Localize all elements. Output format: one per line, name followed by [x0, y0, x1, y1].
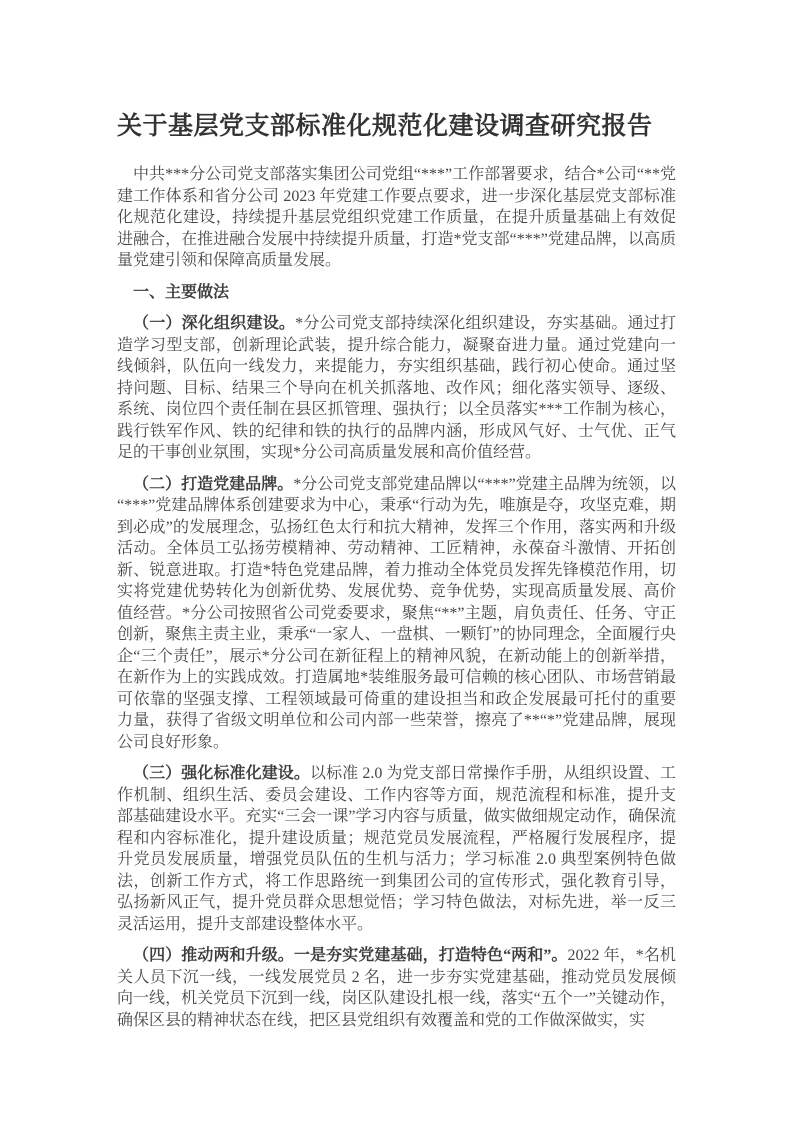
paragraph-item-1: （一）深化组织建设。*分公司党支部持续深化组织建设，夯实基础。通过打造学习型支部…: [117, 313, 676, 464]
paragraph-item-2-lead: （二）打造党建品牌。: [133, 476, 293, 493]
paragraph-item-3-body: 以标准 2.0 为党支部日常操作手册，从组织设置、工作机制、组织生活、委员会建设…: [117, 765, 676, 933]
paragraph-item-4-lead: （四）推动两和升级。一是夯实党建基础，打造特色“两和”。: [133, 947, 568, 964]
paragraph-item-1-body: *分公司党支部持续深化组织建设，夯实基础。通过打造学习型支部，创新理论武装，提升…: [117, 315, 676, 461]
document-page: 关于基层党支部标准化规范化建设调查研究报告 中共***分公司党支部落实集团公司党…: [0, 0, 793, 1122]
section-heading-main-practices: 一、主要做法: [117, 282, 676, 304]
paragraph-item-3-lead: （三）强化标准化建设。: [133, 765, 310, 782]
intro-paragraph: 中共***分公司党支部落实集团公司党组“***”工作部署要求，结合*公司“**党…: [117, 164, 676, 272]
paragraph-item-2-body: *分公司党支部党建品牌以“***”党建主品牌为统领，以“***”党建品牌体系创建…: [117, 476, 676, 751]
paragraph-item-4: （四）推动两和升级。一是夯实党建基础，打造特色“两和”。2022 年，*名机关人…: [117, 945, 676, 1031]
paragraph-item-2: （二）打造党建品牌。*分公司党支部党建品牌以“***”党建主品牌为统领，以“**…: [117, 474, 676, 754]
paragraph-item-1-lead: （一）深化组织建设。: [133, 315, 295, 332]
paragraph-item-3: （三）强化标准化建设。以标准 2.0 为党支部日常操作手册，从组织设置、工作机制…: [117, 763, 676, 935]
document-title: 关于基层党支部标准化规范化建设调查研究报告: [117, 110, 676, 142]
